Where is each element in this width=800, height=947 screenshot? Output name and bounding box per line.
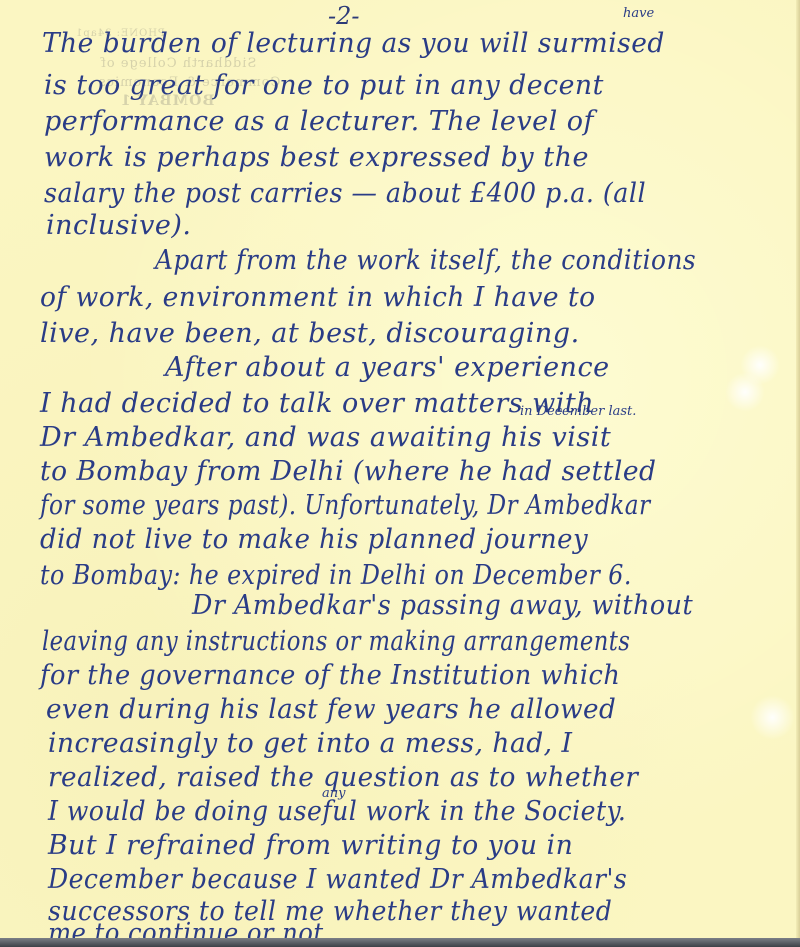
line-13: to Bombay from Delhi (where he had settl…: [40, 456, 656, 487]
scanner-bed-edge: [0, 938, 800, 947]
line-5: salary the post carries — about £400 p.a…: [44, 178, 646, 209]
line-7: Apart from the work itself, the conditio…: [155, 245, 696, 276]
line-27: me to continue or not.: [48, 918, 332, 940]
line-4: work is perhaps best expressed by the: [44, 142, 589, 173]
line-3: performance as a lecturer. The level of: [44, 106, 594, 137]
line-17: Dr Ambedkar's passing away, without: [192, 590, 693, 621]
scan-glare: [750, 695, 795, 740]
line-8: of work, environment in which I have to: [40, 282, 596, 313]
line-15: did not live to make his planned journey: [40, 524, 588, 555]
line-6: inclusive).: [46, 210, 192, 241]
line-20: even during his last few years he allowe…: [46, 694, 616, 725]
page-number: -2-: [328, 2, 360, 30]
line-12: Dr Ambedkar, and was awaiting his visit: [40, 422, 611, 453]
line-1: The burden of lecturing as you will surm…: [42, 28, 665, 59]
line-25: December because I wanted Dr Ambedkar's: [48, 864, 627, 895]
line-14: for some years past). Unfortunately, Dr …: [40, 490, 651, 521]
line-2: is too great for one to put in any decen…: [44, 70, 604, 101]
line-18: leaving any instructions or making arran…: [42, 626, 630, 657]
line-23: I would be doing useful work in the Soci…: [48, 796, 626, 827]
line-16: to Bombay: he expired in Delhi on Decemb…: [40, 560, 632, 591]
line-21: increasingly to get into a mess, had, I: [48, 728, 572, 759]
line-19: for the governance of the Institution wh…: [40, 660, 620, 691]
line-9: live, have been, at best, discouraging.: [40, 318, 580, 349]
line-11: I had decided to talk over matters with: [40, 388, 594, 419]
page-right-edge: [796, 0, 800, 938]
line-24: But I refrained from writing to you in: [48, 830, 573, 861]
insertion-have: have: [623, 6, 654, 21]
line-10: After about a years' experience: [165, 352, 610, 383]
insertion-in-december-last: in December last.: [520, 404, 636, 419]
letter-page: PHONE: 34ap1 Siddharth College of Commer…: [0, 0, 800, 940]
scan-glare: [725, 372, 765, 412]
